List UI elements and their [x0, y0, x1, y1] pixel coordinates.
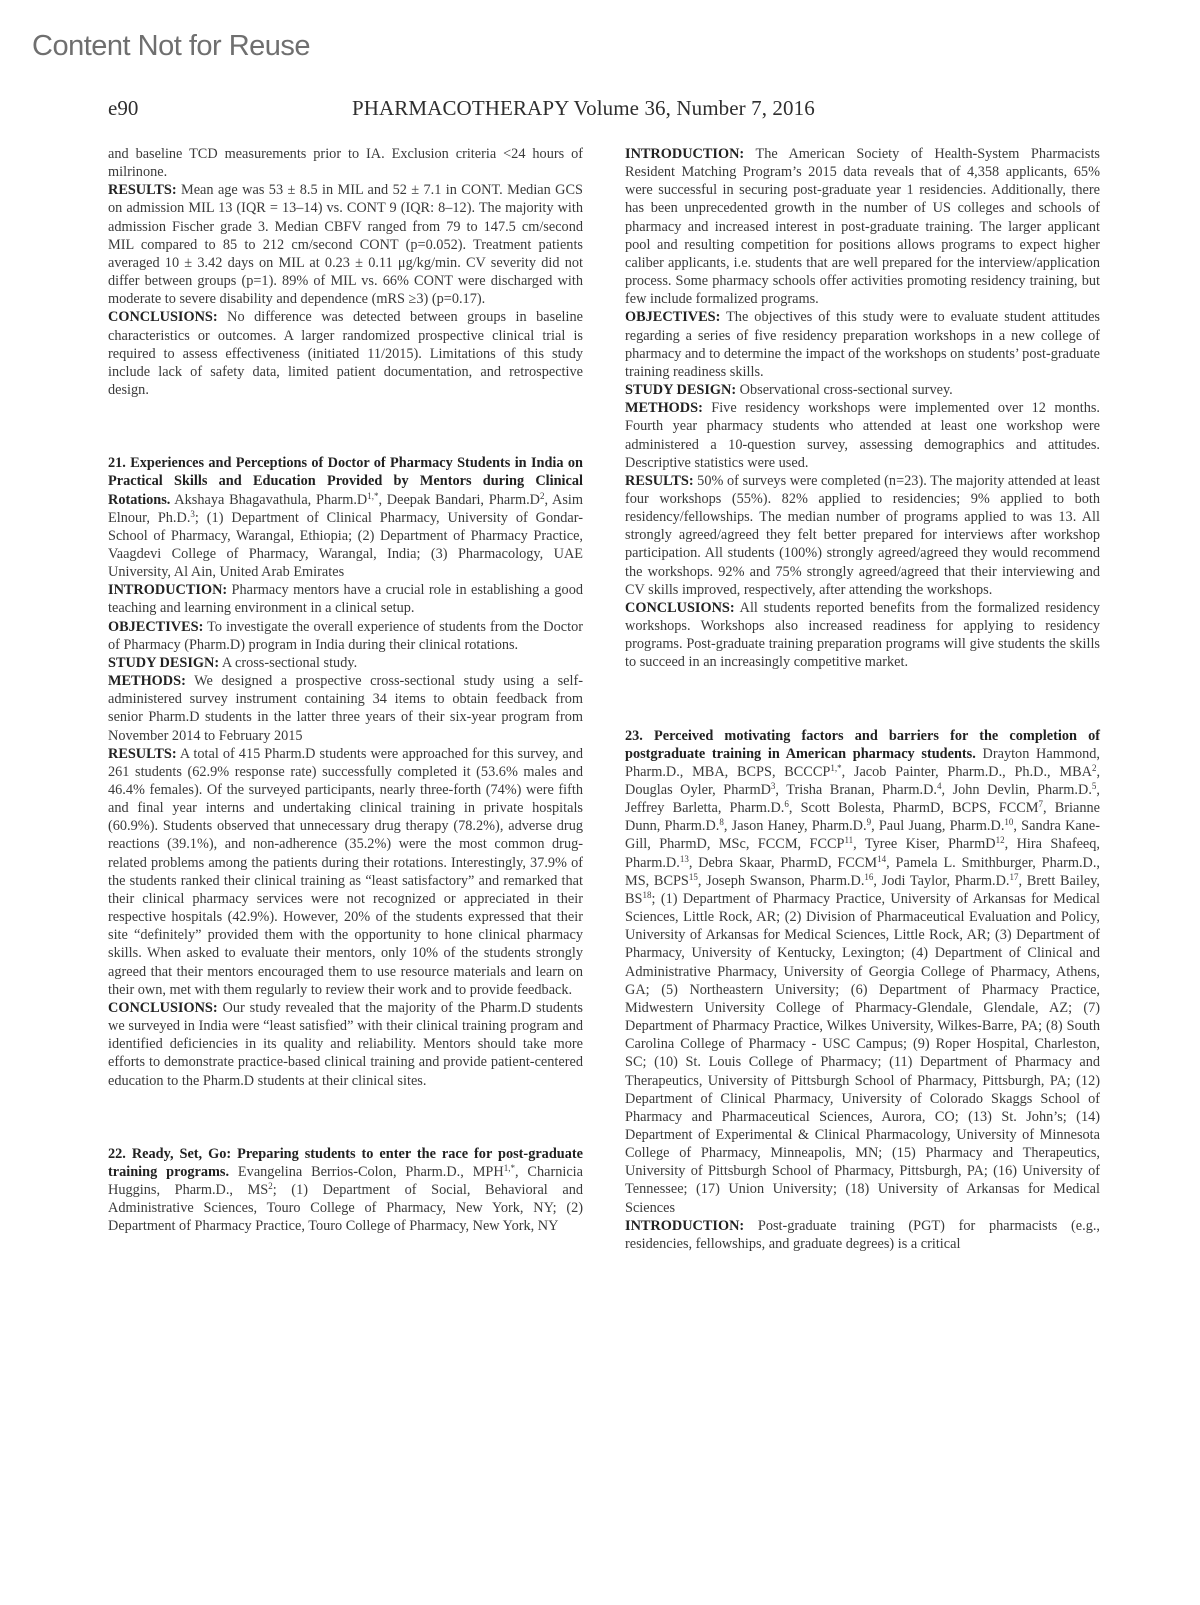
author: Akshaya Bhagavathula, Pharm.D [170, 492, 367, 508]
section-text: The American Society of Health-System Ph… [625, 146, 1100, 307]
abstract-23: 23. Perceived motivating factors and bar… [625, 727, 1100, 1254]
methods-section: METHODS: Five residency workshops were i… [625, 399, 1100, 472]
author: , John Devlin, Pharm.D. [941, 782, 1091, 798]
introduction-section: INTRODUCTION: The American Society of He… [625, 145, 1100, 308]
author-affiliation-mark: 11 [844, 835, 853, 845]
author: Evangelina Berrios-Colon, Pharm.D., MPH [229, 1164, 504, 1180]
left-column: and baseline TCD measurements prior to I… [108, 145, 583, 1235]
abstract-20-continuation: and baseline TCD measurements prior to I… [108, 145, 583, 399]
study-design-section: STUDY DESIGN: Observational cross-sectio… [625, 381, 1100, 399]
page-number: e90 [108, 96, 138, 121]
author-affiliation-mark: 1,* [367, 491, 378, 501]
abstract-heading: 21. Experiences and Perceptions of Docto… [108, 454, 583, 581]
author: , Jacob Painter, Pharm.D., Ph.D., MBA [842, 764, 1092, 780]
section-label: OBJECTIVES: [625, 309, 720, 325]
section-text: A cross-sectional study. [219, 655, 357, 671]
author: , Paul Juang, Pharm.D. [871, 818, 1004, 834]
introduction-section: INTRODUCTION: Post-graduate training (PG… [625, 1217, 1100, 1253]
running-header: e90 PHARMACOTHERAPY Volume 36, Number 7,… [108, 96, 1098, 126]
study-design-section: STUDY DESIGN: A cross-sectional study. [108, 654, 583, 672]
watermark: Content Not for Reuse [32, 30, 310, 63]
author-affiliation-mark: 1,* [504, 1163, 515, 1173]
right-column: INTRODUCTION: The American Society of He… [625, 145, 1100, 1253]
results-section: RESULTS: A total of 415 Pharm.D students… [108, 745, 583, 999]
author-affiliation-mark: 12 [996, 835, 1005, 845]
results-section: RESULTS: Mean age was 53 ± 8.5 in MIL an… [108, 181, 583, 308]
section-label: STUDY DESIGN: [108, 655, 219, 671]
objectives-section: OBJECTIVES: To investigate the overall e… [108, 618, 583, 654]
author-affiliation-mark: 14 [877, 854, 886, 864]
methods-section: METHODS: We designed a prospective cross… [108, 672, 583, 745]
section-label: CONCLUSIONS: [108, 1000, 218, 1016]
author-affiliation-mark: 17 [1010, 872, 1019, 882]
author: , Jodi Taylor, Pharm.D. [873, 873, 1009, 889]
results-section: RESULTS: 50% of surveys were completed (… [625, 472, 1100, 599]
conclusions-section: CONCLUSIONS: Our study revealed that the… [108, 999, 583, 1090]
methods-tail: and baseline TCD measurements prior to I… [108, 145, 583, 181]
objectives-section: OBJECTIVES: The objectives of this study… [625, 308, 1100, 381]
section-label: STUDY DESIGN: [625, 382, 736, 398]
author-affiliation-mark: 18 [643, 890, 652, 900]
abstract-22-body: INTRODUCTION: The American Society of He… [625, 145, 1100, 672]
section-label: INTRODUCTION: [108, 582, 227, 598]
section-label: INTRODUCTION: [625, 146, 744, 162]
author-affiliation-mark: 13 [680, 854, 689, 864]
author: , Scott Bolesta, PharmD, BCPS, FCCM [789, 800, 1039, 816]
conclusions-section: CONCLUSIONS: All students reported benef… [625, 599, 1100, 672]
section-label: CONCLUSIONS: [108, 309, 218, 325]
section-text: 50% of surveys were completed (n=23). Th… [625, 473, 1100, 598]
author: , Jason Haney, Pharm.D. [724, 818, 867, 834]
author: , Debra Skaar, PharmD, FCCM [689, 855, 877, 871]
author: , Tyree Kiser, PharmD [853, 836, 995, 852]
abstract-heading: 22. Ready, Set, Go: Preparing students t… [108, 1145, 583, 1236]
section-text: Observational cross-sectional survey. [736, 382, 953, 398]
section-label: RESULTS: [108, 746, 177, 762]
abstract-21: 21. Experiences and Perceptions of Docto… [108, 454, 583, 1089]
author: , Trisha Branan, Pharm.D. [775, 782, 937, 798]
affiliations: ; (1) Department of Pharmacy Practice, U… [625, 891, 1100, 1216]
section-label: OBJECTIVES: [108, 619, 203, 635]
section-text: A total of 415 Pharm.D students were app… [108, 746, 583, 998]
section-label: INTRODUCTION: [625, 1218, 744, 1234]
section-label: RESULTS: [108, 182, 177, 198]
journal-title: PHARMACOTHERAPY Volume 36, Number 7, 201… [352, 96, 815, 121]
section-label: CONCLUSIONS: [625, 600, 735, 616]
section-label: METHODS: [108, 673, 186, 689]
introduction-section: INTRODUCTION: Pharmacy mentors have a cr… [108, 581, 583, 617]
section-label: RESULTS: [625, 473, 694, 489]
abstract-22-header: 22. Ready, Set, Go: Preparing students t… [108, 1145, 583, 1236]
author-affiliation-mark: 1,* [830, 763, 841, 773]
abstract-heading: 23. Perceived motivating factors and bar… [625, 727, 1100, 1217]
author-affiliation-mark: 15 [689, 872, 698, 882]
author: , Joseph Swanson, Pharm.D. [698, 873, 865, 889]
section-label: METHODS: [625, 400, 703, 416]
section-text: Mean age was 53 ± 8.5 in MIL and 52 ± 7.… [108, 182, 583, 307]
author: , Deepak Bandari, Pharm.D [378, 492, 540, 508]
conclusions-section: CONCLUSIONS: No difference was detected … [108, 308, 583, 399]
